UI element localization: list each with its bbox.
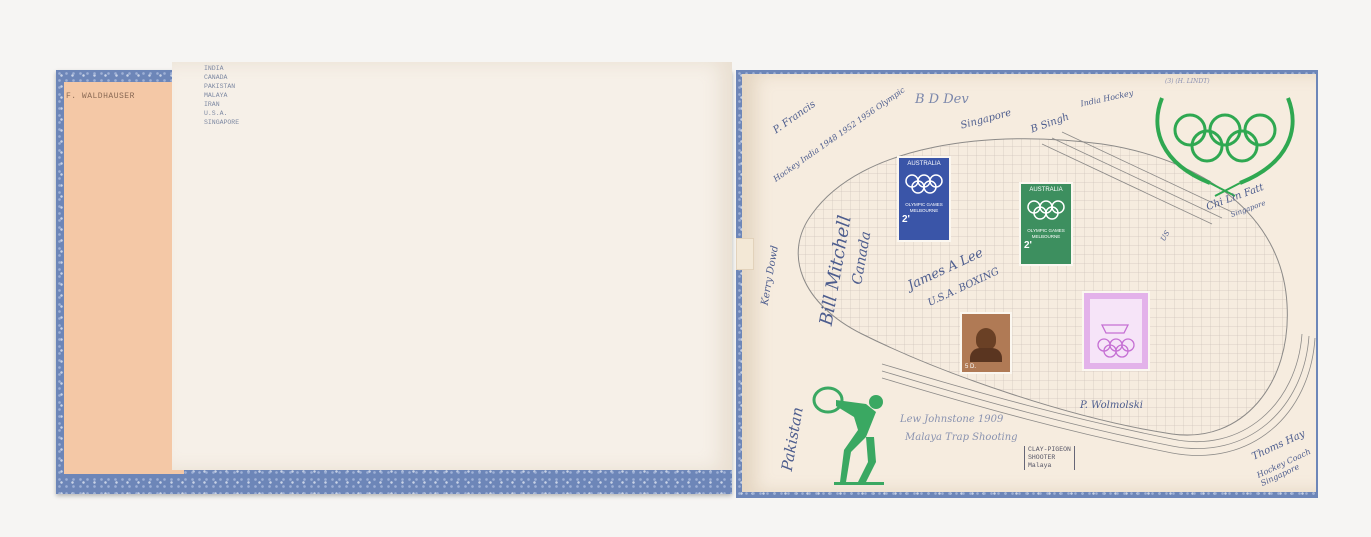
left-page[interactable] (172, 62, 732, 470)
top-note: (3) (H. LINDT) (1165, 78, 1210, 85)
country: MALAYA (204, 91, 239, 100)
country: SINGAPORE (204, 118, 239, 127)
clay-pigeon-note: CLAY-PIGEON SHOOTER Malaya (1024, 446, 1075, 470)
country: U.S.A. (204, 109, 239, 118)
country: INDIA (204, 64, 239, 73)
olympic-rings-wreath-icon (1150, 88, 1300, 198)
endpaper (64, 82, 184, 474)
cover-label: F. WALDHAUSER (66, 88, 172, 106)
stamp-australia-green: AUSTRALIA OLYMPIC GAMES MELBOURNE 2' (1021, 184, 1071, 264)
signature-wolmolski: P. Wolmolski (1080, 400, 1143, 411)
signature-bd-dev: B D Dev (915, 92, 969, 107)
stamp-iran-portrait: 5 D. (962, 314, 1010, 372)
signature-lew-johnstone: Lew Johnstone 1909 (900, 414, 1003, 425)
signature-note: Malaya Trap Shooting (905, 432, 1025, 443)
country: PAKISTAN (204, 82, 239, 91)
country: IRAN (204, 100, 239, 109)
discobolus-icon (806, 382, 896, 492)
stamp-australia-blue: AUSTRALIA OLYMPIC GAMES MELBOURNE 2' (899, 158, 949, 240)
stamp-iran-olympic (1084, 293, 1148, 369)
country: CANADA (204, 73, 239, 82)
country-list: INDIA CANADA PAKISTAN MALAYA IRAN U.S.A.… (204, 64, 239, 127)
